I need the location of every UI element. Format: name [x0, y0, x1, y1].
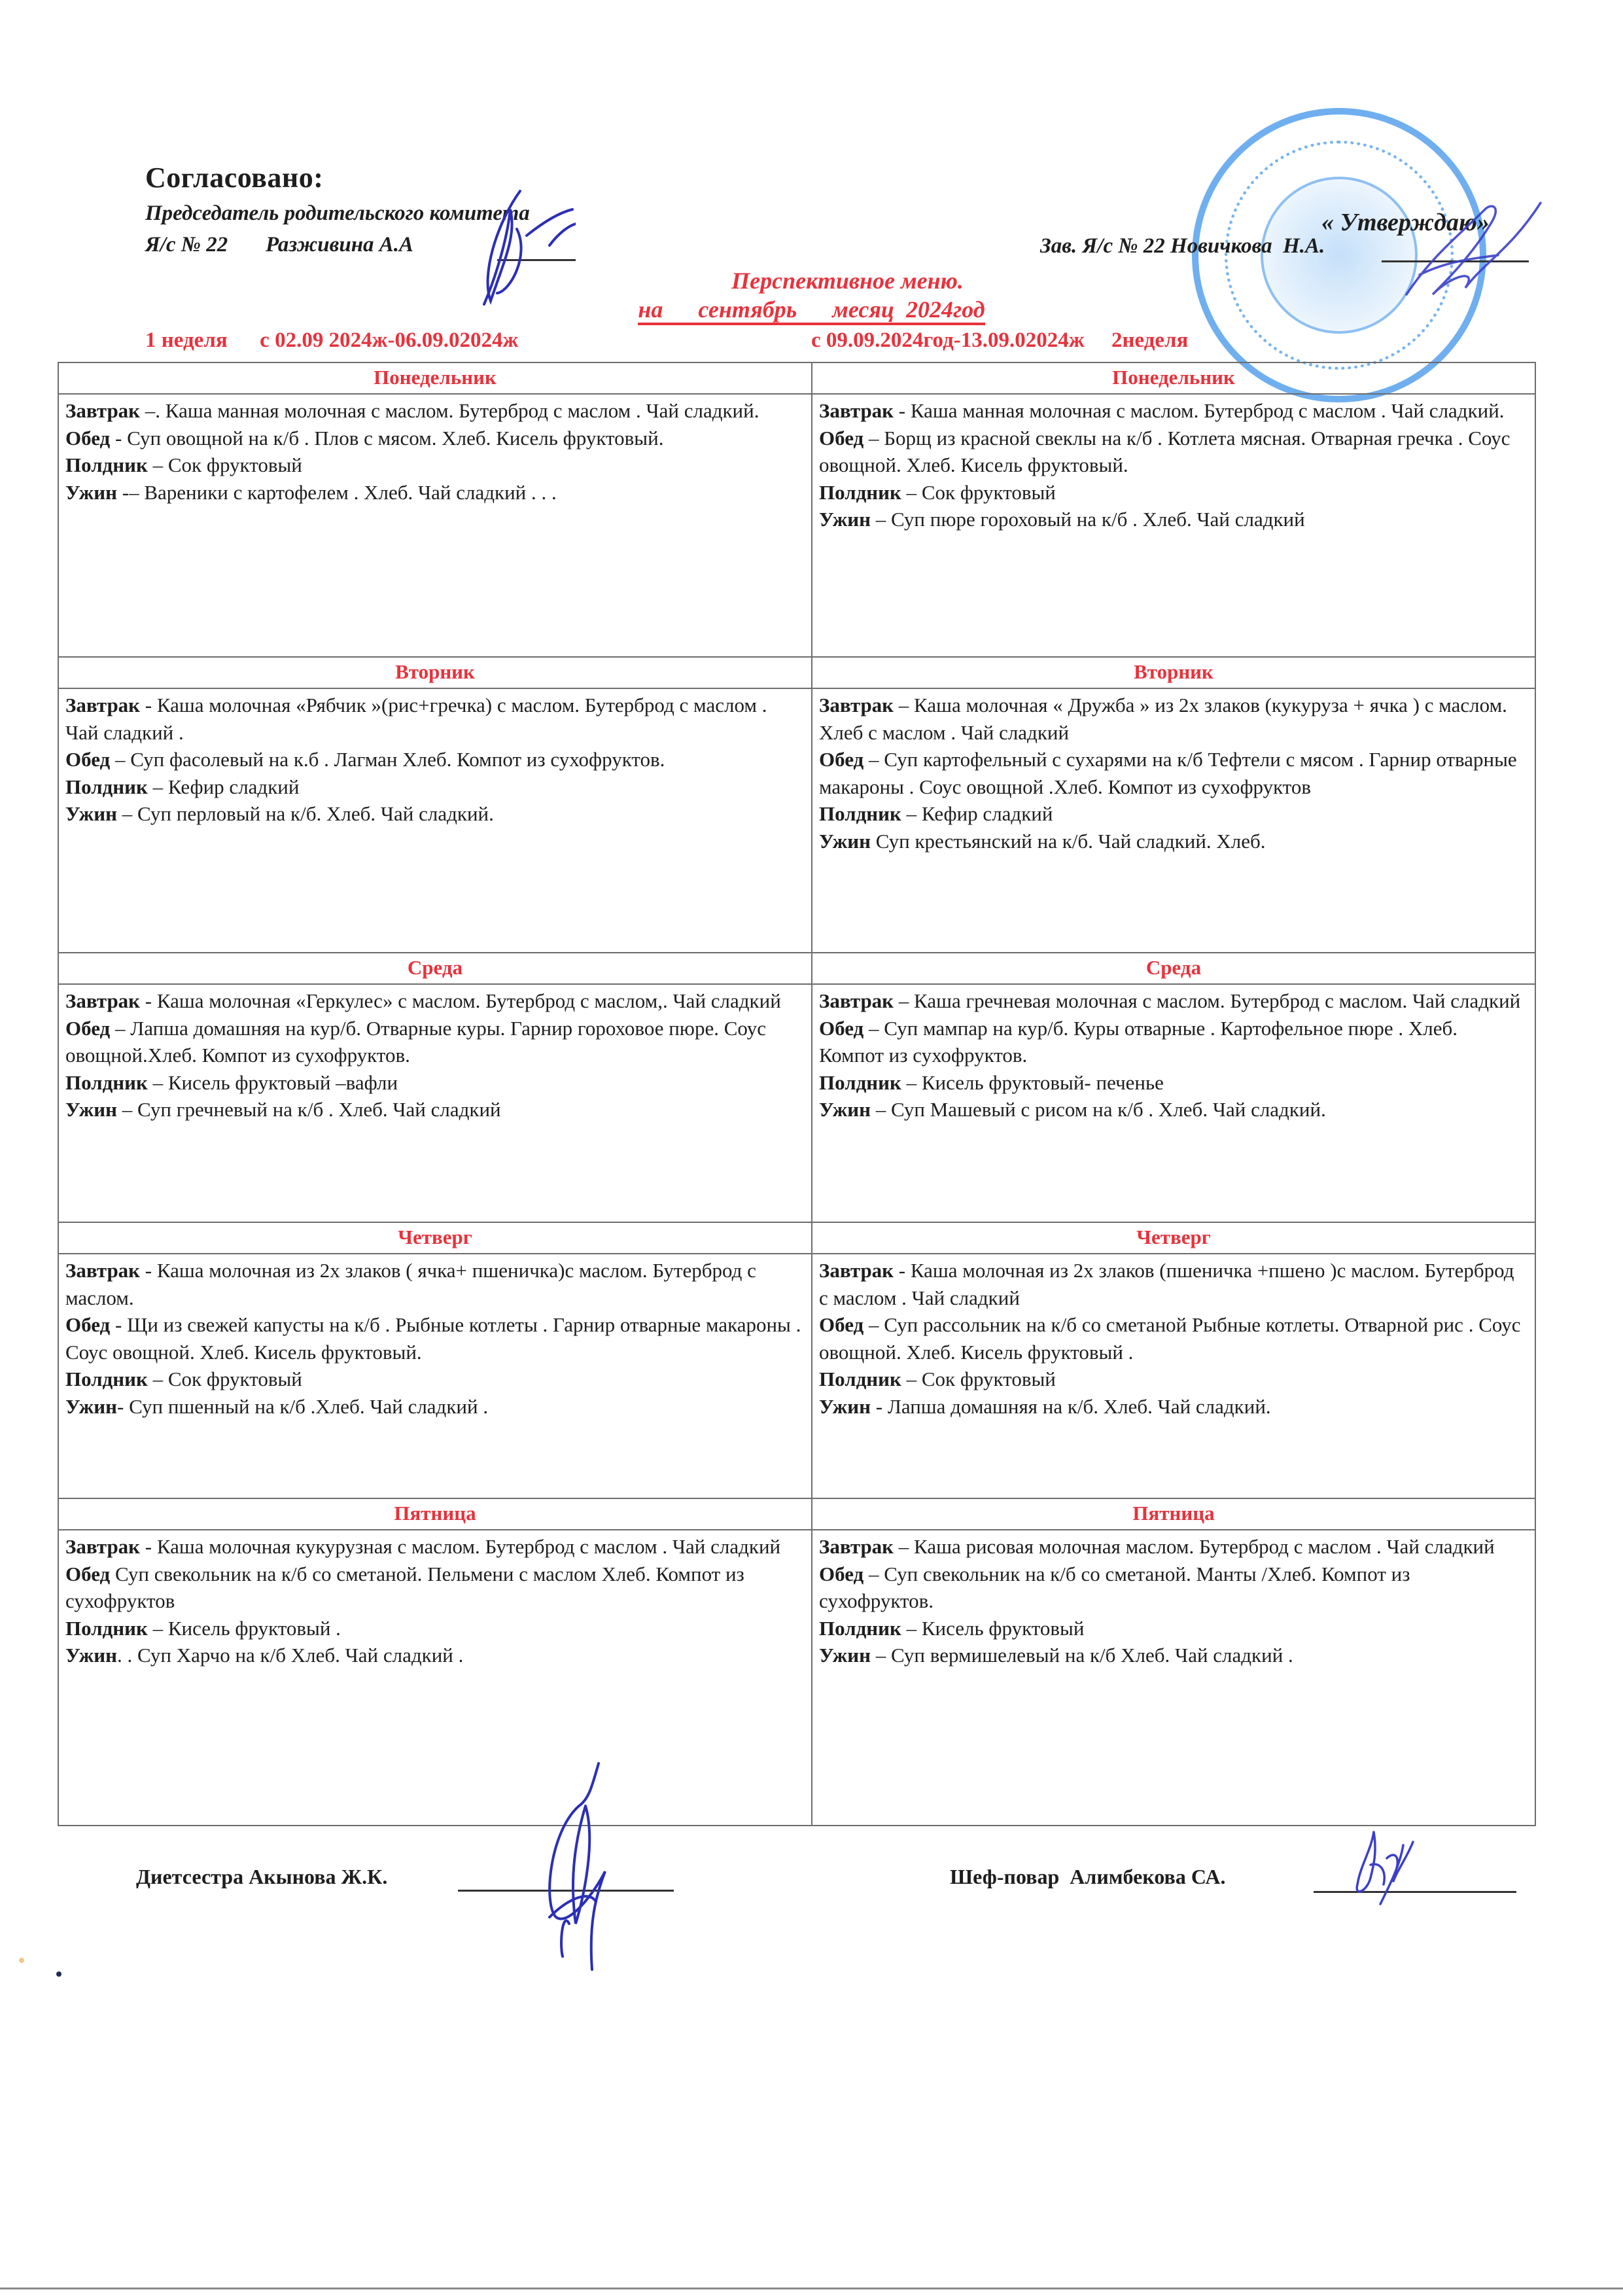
meal-entry: Обед Суп свекольник на к/б со сметаной. …: [65, 1561, 803, 1615]
meal-label: Обед: [65, 1563, 110, 1585]
meal-label: Завтрак: [819, 1535, 894, 1558]
agreed-signature-icon: [419, 183, 576, 314]
meal-dishes: – Сок фруктовый: [901, 1368, 1056, 1390]
meal-dishes: Суп крестьянский на к/б. Чай сладкий. Хл…: [871, 830, 1266, 853]
meal-entry: Ужин. . Суп Харчо на к/б Хлеб. Чай сладк…: [65, 1642, 803, 1669]
day-header-row: СредаСреда: [58, 953, 1535, 984]
chef-signature-icon: [1348, 1826, 1426, 1911]
menu-cell-week2: Завтрак – Каша рисовая молочная маслом. …: [812, 1530, 1535, 1826]
meal-label: Завтрак: [819, 989, 894, 1012]
meal-label: Ужин: [65, 1644, 117, 1667]
meal-label: Полдник: [65, 453, 148, 476]
meal-label: Обед: [65, 1313, 110, 1336]
week2-range: с 09.09.2024год-13.09.02024ж 2неделя: [811, 328, 1188, 353]
menu-subtitle-text: на сентябрь месяц 2024год: [638, 296, 985, 325]
meal-label: Полдник: [819, 1617, 901, 1640]
meal-label: Ужин: [819, 1395, 871, 1418]
meal-entry: Завтрак – Каша молочная « Дружба » из 2х…: [819, 692, 1527, 746]
meal-entry: Обед – Суп рассольник на к/б со сметаной…: [819, 1311, 1527, 1366]
day-header-week1: Вторник: [58, 657, 812, 688]
meal-entry: Ужин - Лапша домашняя на к/б. Хлеб. Чай …: [819, 1393, 1527, 1421]
menu-cell-week1: Завтрак - Каша молочная «Геркулес» с мас…: [58, 984, 812, 1222]
meal-dishes: - Каша молочная из 2х злаков (пшеничка +…: [819, 1259, 1514, 1309]
meal-entry: Полдник – Сок фруктовый: [65, 451, 803, 479]
meal-label: Обед: [819, 1017, 864, 1040]
meal-dishes: – Сок фруктовый: [148, 453, 302, 476]
day-menu-row: Завтрак - Каша молочная «Геркулес» с мас…: [58, 984, 1535, 1222]
meal-entry: Завтрак - Каша молочная из 2х злаков (пш…: [819, 1257, 1527, 1311]
meal-dishes: – Суп мампар на кур/б. Куры отварные . К…: [819, 1017, 1457, 1067]
head-person: Зав. Я/с № 22 Новичкова Н.А.: [1040, 234, 1325, 258]
meal-dishes: – Лапша домашняя на кур/б. Отварные куры…: [65, 1017, 766, 1067]
menu-table-body: ПонедельникПонедельникЗавтрак –. Каша ма…: [58, 362, 1535, 1826]
dietitian-signature-label: Диетсестра Акынова Ж.К.: [136, 1865, 387, 1889]
meal-label: Обед: [819, 1313, 864, 1336]
meal-dishes: – Суп рассольник на к/б со сметаной Рыбн…: [819, 1313, 1520, 1364]
week1-range: 1 неделя с 02.09 2024ж-06.09.02024ж: [145, 328, 518, 353]
meal-dishes: – Каша молочная « Дружба » из 2х злаков …: [819, 694, 1507, 744]
meal-label: Обед: [819, 748, 864, 771]
meal-label: Полдник: [819, 1368, 901, 1390]
meal-dishes: – Суп фасолевый на к.б . Лагман Хлеб. Ко…: [110, 748, 665, 771]
meal-dishes: – Борщ из красной свеклы на к/б . Котлет…: [819, 427, 1510, 477]
day-header-week2: Среда: [812, 953, 1535, 984]
menu-subtitle: на сентябрь месяц 2024год: [0, 296, 1623, 323]
meal-label: Завтрак: [65, 1259, 140, 1282]
meal-entry: Ужин- Суп пшенный на к/б .Хлеб. Чай слад…: [65, 1393, 803, 1421]
meal-label: Завтрак: [65, 1535, 140, 1558]
meal-dishes: – Сок фруктовый: [901, 481, 1056, 504]
day-header-week1: Среда: [58, 953, 812, 984]
meal-label: Обед: [819, 1563, 864, 1585]
meal-entry: Обед – Суп свекольник на к/б со сметаной…: [819, 1561, 1527, 1615]
meal-entry: Полдник – Кефир сладкий: [65, 773, 803, 801]
meal-entry: Полдник – Кисель фруктовый: [819, 1615, 1527, 1642]
meal-dishes: - Каша молочная «Геркулес» с маслом. Бут…: [140, 989, 781, 1012]
meal-label: Полдник: [819, 802, 901, 825]
meal-entry: Полдник – Кисель фруктовый –вафли: [65, 1069, 803, 1097]
day-header-week1: Понедельник: [58, 362, 812, 394]
meal-entry: Завтрак – Каша гречневая молочная с масл…: [819, 987, 1527, 1015]
meal-dishes: - Суп овощной на к/б . Плов с мясом. Хле…: [110, 427, 663, 450]
meal-label: Полдник: [65, 1368, 148, 1390]
meal-label: Ужин: [819, 830, 871, 853]
menu-title: Перспективное меню.: [0, 267, 1623, 294]
meal-dishes: . . Суп Харчо на к/б Хлеб. Чай сладкий .: [117, 1644, 463, 1667]
meal-entry: Полдник – Кефир сладкий: [819, 800, 1527, 828]
meal-label: Завтрак: [819, 1259, 894, 1282]
meal-dishes: – Кисель фруктовый –вафли: [148, 1071, 398, 1094]
meal-dishes: - Каша молочная «Рябчик »(рис+гречка) с …: [65, 694, 767, 744]
menu-cell-week1: Завтрак - Каша молочная «Рябчик »(рис+гр…: [58, 688, 812, 953]
meal-dishes: Суп свекольник на к/б со сметаной. Пельм…: [65, 1563, 744, 1613]
meal-label: Полдник: [65, 1617, 148, 1640]
meal-dishes: - Суп пшенный на к/б .Хлеб. Чай сладкий …: [117, 1395, 488, 1418]
meal-entry: Ужин – Суп вермишелевый на к/б Хлеб. Чай…: [819, 1642, 1527, 1669]
day-header-week1: Пятница: [58, 1498, 812, 1530]
meal-label: Обед: [819, 427, 864, 450]
meal-dishes: - Лапша домашняя на к/б. Хлеб. Чай сладк…: [871, 1395, 1271, 1418]
menu-cell-week1: Завтрак –. Каша манная молочная с маслом…: [58, 394, 812, 657]
meal-label: Ужин: [65, 481, 117, 504]
dietitian-signature-icon: [523, 1760, 628, 1976]
day-header-row: ВторникВторник: [58, 657, 1535, 688]
meal-entry: Завтрак - Каша молочная «Геркулес» с мас…: [65, 987, 803, 1015]
meal-label: Полдник: [819, 481, 901, 504]
day-menu-row: Завтрак - Каша молочная «Рябчик »(рис+гр…: [58, 688, 1535, 953]
meal-entry: Полдник – Сок фруктовый: [819, 479, 1527, 506]
meal-label: Завтрак: [65, 694, 140, 716]
meal-dishes: - Каша молочная из 2х злаков ( ячка+ пше…: [65, 1259, 756, 1309]
meal-dishes: - Каша манная молочная с маслом. Бутербр…: [894, 399, 1505, 422]
meal-dishes: - Щи из свежей капусты на к/б . Рыбные к…: [65, 1313, 801, 1364]
meal-entry: Завтрак - Каша молочная кукурузная с мас…: [65, 1533, 803, 1561]
meal-entry: Завтрак - Каша молочная из 2х злаков ( я…: [65, 1257, 803, 1311]
scan-speck: [56, 1971, 61, 1977]
meal-entry: Завтрак - Каша манная молочная с маслом.…: [819, 397, 1527, 425]
page-bottom-rule: [0, 2287, 1623, 2289]
menu-cell-week2: Завтрак - Каша молочная из 2х злаков (пш…: [812, 1254, 1535, 1498]
day-menu-row: Завтрак –. Каша манная молочная с маслом…: [58, 394, 1535, 657]
meal-entry: Завтрак – Каша рисовая молочная маслом. …: [819, 1533, 1527, 1561]
meal-entry: Полдник – Сок фруктовый: [819, 1366, 1527, 1393]
meal-label: Ужин: [819, 1644, 871, 1667]
meal-dishes: – Каша гречневая молочная с маслом. Буте…: [894, 989, 1520, 1012]
chef-signature-label: Шеф-повар Алимбекова СА.: [950, 1865, 1225, 1889]
day-menu-row: Завтрак - Каша молочная из 2х злаков ( я…: [58, 1254, 1535, 1498]
menu-cell-week1: Завтрак - Каша молочная из 2х злаков ( я…: [58, 1254, 812, 1498]
meal-dishes: – Сок фруктовый: [148, 1368, 302, 1390]
meal-label: Завтрак: [65, 989, 140, 1012]
day-header-week2: Вторник: [812, 657, 1535, 688]
agreed-title: Согласовано:: [145, 161, 323, 194]
day-menu-row: Завтрак - Каша молочная кукурузная с мас…: [58, 1530, 1535, 1826]
meal-label: Завтрак: [65, 399, 140, 422]
meal-dishes: – Кисель фруктовый- печенье: [901, 1071, 1164, 1094]
meal-entry: Ужин – Суп гречневый на к/б . Хлеб. Чай …: [65, 1096, 803, 1123]
day-header-week2: Четверг: [812, 1222, 1535, 1254]
meal-label: Полдник: [65, 1071, 148, 1094]
menu-table: ПонедельникПонедельникЗавтрак –. Каша ма…: [58, 362, 1536, 1826]
meal-label: Ужин: [65, 802, 117, 825]
meal-label: Полдник: [819, 1071, 901, 1094]
meal-label: Ужин: [819, 508, 871, 531]
meal-dishes: –. Каша манная молочная с маслом. Бутерб…: [140, 399, 759, 422]
meal-dishes: – Кефир сладкий: [901, 802, 1053, 825]
meal-label: Обед: [65, 748, 110, 771]
meal-label: Ужин: [819, 1098, 871, 1121]
day-header-row: ЧетвергЧетверг: [58, 1222, 1535, 1254]
meal-dishes: – Кисель фруктовый .: [148, 1617, 341, 1640]
meal-dishes: - Каша молочная кукурузная с маслом. Бут…: [140, 1535, 780, 1558]
meal-entry: Обед – Лапша домашняя на кур/б. Отварные…: [65, 1015, 803, 1069]
meal-label: Ужин: [65, 1395, 117, 1418]
meal-entry: Ужин – Суп Машевый с рисом на к/б . Хлеб…: [819, 1096, 1527, 1123]
meal-entry: Обед - Щи из свежей капусты на к/б . Рыб…: [65, 1311, 803, 1366]
meal-dishes: – Каша рисовая молочная маслом. Бутербро…: [894, 1535, 1495, 1558]
meal-dishes: – Суп вермишелевый на к/б Хлеб. Чай слад…: [871, 1644, 1293, 1667]
meal-entry: Ужин – Суп пюре гороховый на к/б . Хлеб.…: [819, 506, 1527, 533]
meal-dishes: – Кисель фруктовый: [901, 1617, 1085, 1640]
scan-speck: [19, 1958, 24, 1963]
meal-dishes: – Кефир сладкий: [148, 775, 300, 798]
meal-entry: Завтрак –. Каша манная молочная с маслом…: [65, 397, 803, 425]
meal-entry: Обед - Суп овощной на к/б . Плов с мясом…: [65, 425, 803, 452]
meal-entry: Полдник – Сок фруктовый: [65, 1366, 803, 1393]
meal-entry: Обед – Борщ из красной свеклы на к/б . К…: [819, 425, 1527, 479]
meal-dishes: – Суп пюре гороховый на к/б . Хлеб. Чай …: [871, 508, 1305, 531]
day-header-row: ПонедельникПонедельник: [58, 362, 1535, 394]
meal-entry: Обед – Суп мампар на кур/б. Куры отварны…: [819, 1015, 1527, 1069]
meal-dishes: – Суп картофельный с сухарями на к/б Теф…: [819, 748, 1517, 798]
meal-entry: Ужин Суп крестьянский на к/б. Чай сладки…: [819, 828, 1527, 855]
day-header-week2: Понедельник: [812, 362, 1535, 394]
meal-entry: Ужин -– Вареники с картофелем . Хлеб. Ча…: [65, 479, 803, 506]
day-header-row: ПятницаПятница: [58, 1498, 1535, 1530]
meal-entry: Полдник – Кисель фруктовый- печенье: [819, 1069, 1527, 1097]
menu-cell-week1: Завтрак - Каша молочная кукурузная с мас…: [58, 1530, 812, 1826]
meal-label: Обед: [65, 427, 110, 450]
meal-dishes: – Суп гречневый на к/б . Хлеб. Чай сладк…: [117, 1098, 501, 1121]
meal-label: Завтрак: [819, 694, 894, 716]
meal-dishes: – Суп Машевый с рисом на к/б . Хлеб. Чай…: [871, 1098, 1326, 1121]
menu-cell-week2: Завтрак – Каша молочная « Дружба » из 2х…: [812, 688, 1535, 953]
meal-entry: Обед – Суп картофельный с сухарями на к/…: [819, 746, 1527, 800]
day-header-week2: Пятница: [812, 1498, 1535, 1530]
meal-label: Полдник: [65, 775, 148, 798]
meal-dishes: – Суп перловый на к/б. Хлеб. Чай сладкий…: [117, 802, 494, 825]
menu-cell-week2: Завтрак - Каша манная молочная с маслом.…: [812, 394, 1535, 657]
day-header-week1: Четверг: [58, 1222, 812, 1254]
meal-label: Ужин: [65, 1098, 117, 1121]
meal-entry: Полдник – Кисель фруктовый .: [65, 1615, 803, 1642]
meal-dishes: – Суп свекольник на к/б со сметаной. Ман…: [819, 1563, 1410, 1613]
meal-entry: Завтрак - Каша молочная «Рябчик »(рис+гр…: [65, 692, 803, 746]
agreed-person: Я/с № 22 Разживина А.А: [145, 233, 413, 257]
meal-dishes: -– Вареники с картофелем . Хлеб. Чай сла…: [117, 481, 557, 504]
meal-label: Завтрак: [819, 399, 894, 422]
meal-label: Обед: [65, 1017, 110, 1040]
meal-entry: Ужин – Суп перловый на к/б. Хлеб. Чай сл…: [65, 800, 803, 828]
meal-entry: Обед – Суп фасолевый на к.б . Лагман Хле…: [65, 746, 803, 773]
menu-cell-week2: Завтрак – Каша гречневая молочная с масл…: [812, 984, 1535, 1222]
